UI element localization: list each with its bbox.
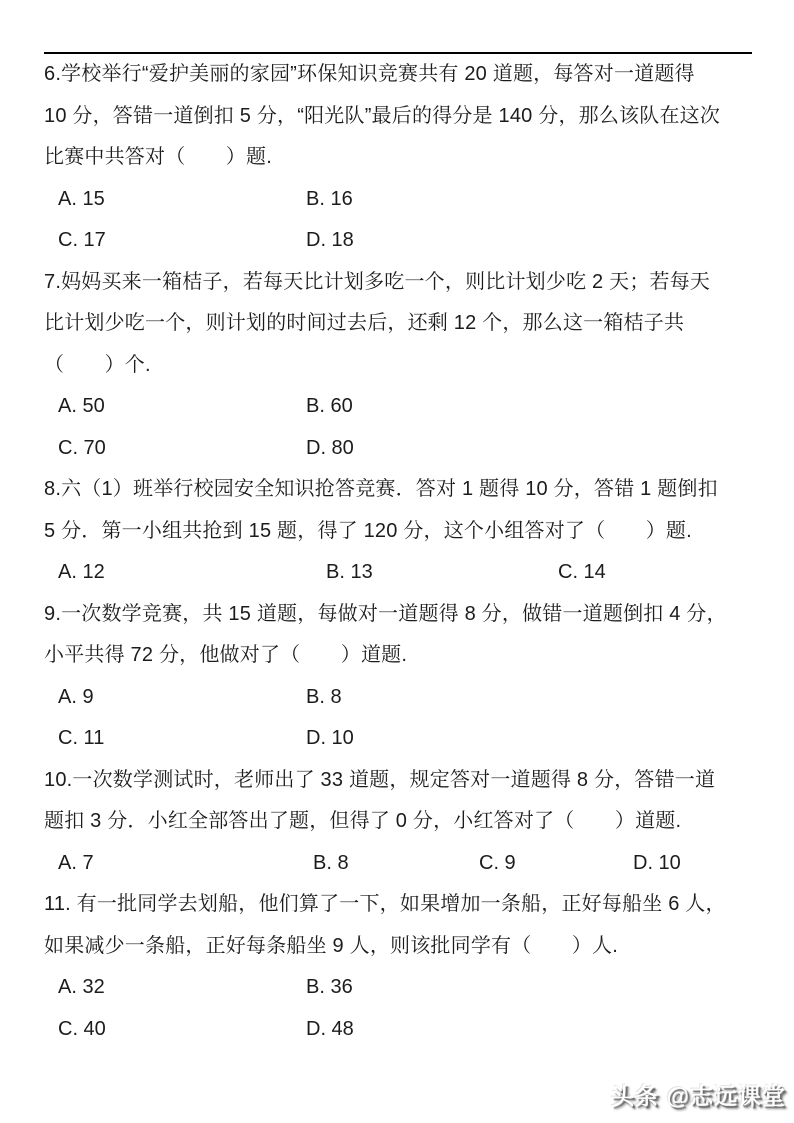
option-row: C. 70D. 80 [44,428,752,470]
option-item: A. 50 [58,386,306,428]
option-row: A. 9B. 8 [44,677,752,719]
question-6: 6.学校举行“爱护美丽的家园”环保知识竞赛共有 20 道题，每答对一道题得10 … [44,54,752,262]
option-row: A. 32B. 36 [44,967,752,1009]
option-row: A. 50B. 60 [44,386,752,428]
question-text-line: 7.妈妈买来一箱桔子，若每天比计划多吃一个，则比计划少吃 2 天；若每天 [44,262,752,304]
option-row: C. 17D. 18 [44,220,752,262]
option-item: B. 8 [313,843,479,885]
question-text-line: 10 分，答错一道倒扣 5 分，“阳光队”最后的得分是 140 分，那么该队在这… [44,96,752,138]
option-item: B. 16 [306,179,752,221]
option-row: A. 7B. 8C. 9D. 10 [44,843,752,885]
option-item: C. 11 [58,718,306,760]
option-item: A. 7 [58,843,313,885]
option-row: C. 11D. 10 [44,718,752,760]
question-text-line: 8.六（1）班举行校园安全知识抢答竞赛．答对 1 题得 10 分，答错 1 题倒… [44,469,752,511]
question-text-line: 5 分．第一小组共抢到 15 题，得了 120 分，这个小组答对了（ ）题. [44,511,752,553]
option-item: C. 40 [58,1009,306,1051]
option-item: A. 12 [58,552,326,594]
option-row: A. 12B. 13C. 14 [44,552,752,594]
option-item: D. 10 [633,843,752,885]
option-item: B. 13 [326,552,558,594]
option-item: B. 60 [306,386,752,428]
option-item: A. 32 [58,967,306,1009]
question-text-line: 小平共得 72 分，他做对了（ ）道题. [44,635,752,677]
option-item: C. 17 [58,220,306,262]
option-item: D. 80 [306,428,752,470]
question-8: 8.六（1）班举行校园安全知识抢答竞赛．答对 1 题得 10 分，答错 1 题倒… [44,469,752,594]
option-item: D. 48 [306,1009,752,1051]
option-item: C. 14 [558,552,752,594]
question-10: 10.一次数学测试时，老师出了 33 道题，规定答对一道题得 8 分，答错一道题… [44,760,752,885]
option-item: D. 10 [306,718,752,760]
question-text-line: 10.一次数学测试时，老师出了 33 道题，规定答对一道题得 8 分，答错一道 [44,760,752,802]
option-row: A. 15B. 16 [44,179,752,221]
question-text-line: （ ）个. [44,345,752,387]
watermark: 头条 @志远课堂 [611,1078,786,1111]
question-11: 11. 有一批同学去划船，他们算了一下，如果增加一条船，正好每船坐 6 人，如果… [44,884,752,1050]
option-item: A. 9 [58,677,306,719]
question-text-line: 9.一次数学竞赛，共 15 道题，每做对一道题得 8 分，做错一道题倒扣 4 分… [44,594,752,636]
question-text-line: 比计划少吃一个，则计划的时间过去后，还剩 12 个，那么这一箱桔子共 [44,303,752,345]
question-text-line: 11. 有一批同学去划船，他们算了一下，如果增加一条船，正好每船坐 6 人， [44,884,752,926]
question-text-line: 6.学校举行“爱护美丽的家园”环保知识竞赛共有 20 道题，每答对一道题得 [44,54,752,96]
question-text-line: 如果减少一条船，正好每条船坐 9 人，则该批同学有（ ）人. [44,926,752,968]
question-7: 7.妈妈买来一箱桔子，若每天比计划多吃一个，则比计划少吃 2 天；若每天比计划少… [44,262,752,470]
option-row: C. 40D. 48 [44,1009,752,1051]
option-item: C. 70 [58,428,306,470]
option-item: B. 36 [306,967,752,1009]
question-text-line: 比赛中共答对（ ）题. [44,137,752,179]
question-text-line: 题扣 3 分．小红全部答出了题，但得了 0 分，小红答对了（ ）道题. [44,801,752,843]
option-item: B. 8 [306,677,752,719]
question-list: 6.学校举行“爱护美丽的家园”环保知识竞赛共有 20 道题，每答对一道题得10 … [44,54,752,1050]
option-item: D. 18 [306,220,752,262]
page-content: 6.学校举行“爱护美丽的家园”环保知识竞赛共有 20 道题，每答对一道题得10 … [44,52,752,1050]
option-item: A. 15 [58,179,306,221]
option-item: C. 9 [479,843,633,885]
worksheet-page: 6.学校举行“爱护美丽的家园”环保知识竞赛共有 20 道题，每答对一道题得10 … [0,0,794,1123]
question-9: 9.一次数学竞赛，共 15 道题，每做对一道题得 8 分，做错一道题倒扣 4 分… [44,594,752,760]
